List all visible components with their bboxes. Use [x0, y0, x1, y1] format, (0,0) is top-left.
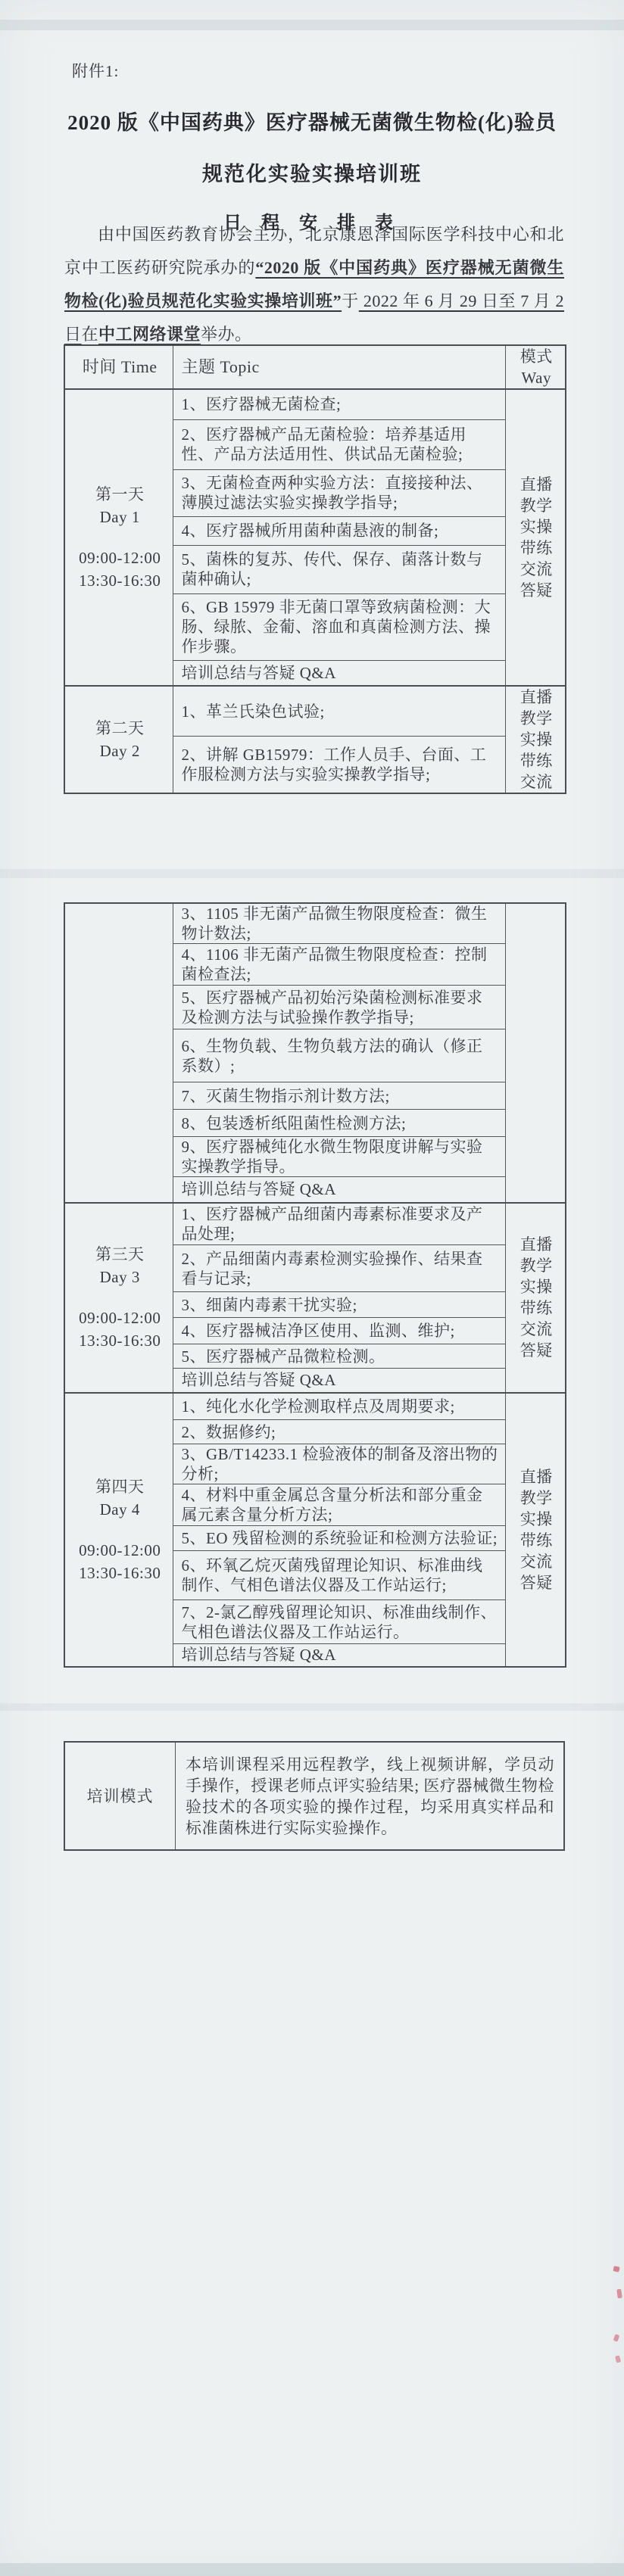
day3-mode-1: 直播: [514, 1234, 560, 1255]
day4-topic-6: 6、环氧乙烷灭菌残留理论知识、标准曲线制作、气相色谱法仪器及工作站运行;: [173, 1551, 505, 1600]
table-row: 第四天 Day 4 09:00-12:00 13:30-16:30 1、纯化水化…: [64, 1393, 566, 1420]
day3-mode-6: 答疑: [514, 1340, 560, 1361]
day4-mode-cell: 直播 教学 实操 带练 交流 答疑: [505, 1393, 566, 1667]
day1-topic-5: 5、菌株的复苏、传代、保存、菌落计数与菌种确认;: [173, 545, 505, 593]
day1-mode-2: 教学: [514, 495, 560, 516]
day4-topic-4: 4、材料中重金属总含量分析法和部分重金属元素含量分析方法;: [173, 1484, 505, 1526]
day4-mode-3: 实操: [514, 1509, 560, 1530]
day4-time-am: 09:00-12:00: [73, 1539, 167, 1562]
day2-time-cell: 第二天 Day 2: [64, 686, 173, 793]
intro-text-4: 举办。: [201, 325, 252, 344]
day4-qa-row: 培训总结与答疑 Q&A: [173, 1644, 505, 1667]
day1-time-am: 09:00-12:00: [73, 547, 167, 569]
day1-topic-3: 3、无菌检查两种实验方法：直接接种法、薄膜过滤法实验实操教学指导;: [173, 469, 505, 516]
day4-time-cell: 第四天 Day 4 09:00-12:00 13:30-16:30: [64, 1393, 173, 1667]
day1-label-cn: 第一天: [73, 483, 167, 506]
day2-label-cn: 第二天: [73, 717, 167, 740]
training-mode-label: 培训模式: [64, 1742, 176, 1850]
day4-topic-7: 7、2-氯乙醇残留理论知识、标准曲线制作、气相色谱法仪器及工作站运行。: [173, 1600, 505, 1644]
day1-mode-5: 交流: [514, 559, 560, 580]
intro-platform-name: 中工网络课堂: [98, 325, 201, 344]
schedule-table-page1: 时间 Time 主题 Topic 模式Way 第一天 Day 1 09:00-1…: [64, 344, 566, 794]
intro-text-2: 于: [342, 291, 359, 310]
header-way-cn: 模式: [514, 346, 560, 367]
day3-topic-3: 3、细菌内毒素干扰实验;: [173, 1292, 505, 1318]
day3-mode-cell: 直播 教学 实操 带练 交流 答疑: [505, 1203, 566, 1393]
day1-time-pm: 13:30-16:30: [73, 569, 167, 592]
day4-time-pm: 13:30-16:30: [73, 1562, 167, 1584]
day1-time-cell: 第一天 Day 1 09:00-12:00 13:30-16:30: [64, 389, 173, 686]
day2-mode-2: 教学: [514, 708, 560, 729]
day4-mode-1: 直播: [514, 1466, 560, 1487]
table-row: 第二天 Day 2 1、革兰氏染色试验; 直播 教学 实操 带练 交流: [64, 686, 566, 737]
day3-time-am: 09:00-12:00: [73, 1307, 167, 1329]
day2-topic-3: 3、1105 非无菌产品微生物限度检查：微生物计数法;: [173, 903, 505, 944]
day2-mode-5: 交流: [514, 771, 560, 793]
day4-topic-1: 1、纯化水化学检测取样点及周期要求;: [173, 1393, 505, 1420]
scan-band-top: [0, 20, 624, 30]
day3-mode-5: 交流: [514, 1319, 560, 1340]
day1-mode-6: 答疑: [514, 580, 560, 601]
day3-time-pm: 13:30-16:30: [73, 1329, 167, 1352]
day3-topic-4: 4、医疗器械洁净区使用、监测、维护;: [173, 1318, 505, 1344]
day2-mode-cell: 直播 教学 实操 带练 交流: [505, 686, 566, 793]
day3-qa-row: 培训总结与答疑 Q&A: [173, 1369, 505, 1393]
day1-mode-cell: 直播 教学 实操 带练 交流 答疑: [505, 389, 566, 686]
day3-mode-2: 教学: [514, 1255, 560, 1276]
scanned-page: 附件1: 2020 版《中国药典》医疗器械无菌微生物检(化)验员 规范化实验实操…: [0, 0, 624, 2576]
header-way: 模式Way: [505, 345, 566, 389]
day4-topic-2: 2、数据修约;: [173, 1420, 505, 1444]
day3-topic-1: 1、医疗器械产品细菌内毒素标准要求及产品处理;: [173, 1203, 505, 1245]
scan-band-bottom: [0, 2563, 624, 2576]
day2-topic-4: 4、1106 非无菌产品微生物限度检查：控制菌检查法;: [173, 944, 505, 986]
day4-topic-3: 3、GB/T14233.1 检验液体的制备及溶出物的分析;: [173, 1444, 505, 1484]
day1-mode-1: 直播: [514, 474, 560, 495]
stamp-bleed-mark: [613, 2266, 619, 2272]
day1-label-en: Day 1: [73, 506, 167, 528]
day4-mode-2: 教学: [514, 1487, 560, 1509]
day2-topic-2: 2、讲解 GB15979：工作人员手、台面、工作服检测方法与实验实操教学指导;: [173, 737, 505, 793]
stamp-bleed-mark: [616, 2289, 622, 2299]
day2-cont-mode-cell: [505, 903, 566, 1203]
day1-topic-6: 6、GB 15979 非无菌口罩等致病菌检测：大肠、绿脓、金葡、溶血和真菌检测方…: [173, 593, 505, 660]
day2-topic-8: 8、包装透析纸阻菌性检测方法;: [173, 1110, 505, 1137]
schedule-table-page2: 3、1105 非无菌产品微生物限度检查：微生物计数法; 4、1106 非无菌产品…: [64, 902, 566, 1668]
day2-topic-1: 1、革兰氏染色试验;: [173, 686, 505, 737]
day4-label-cn: 第四天: [73, 1475, 167, 1498]
spacer: [73, 1521, 167, 1539]
table-header-row: 时间 Time 主题 Topic 模式Way: [64, 345, 566, 389]
header-way-en: Way: [514, 367, 560, 388]
day3-mode-4: 带练: [514, 1297, 560, 1319]
day1-mode-3: 实操: [514, 516, 560, 537]
header-time: 时间 Time: [64, 345, 173, 389]
scan-band-pagebreak-1: [0, 869, 624, 878]
day4-mode-5: 交流: [514, 1551, 560, 1572]
training-mode-box: 培训模式 本培训课程采用远程教学，线上视频讲解，学员动手操作，授课老师点评实验结…: [64, 1741, 565, 1851]
spacer: [73, 528, 167, 547]
day2-topic-7: 7、灭菌生物指示剂计数方法;: [173, 1082, 505, 1110]
day4-mode-4: 带练: [514, 1530, 560, 1551]
day4-topic-5: 5、EO 残留检测的系统验证和检测方法验证;: [173, 1526, 505, 1551]
day2-label-en: Day 2: [73, 740, 167, 762]
intro-paragraph: 由中国医药教育协会主办，北京康恩泽国际医学科技中心和北京中工医药研究院承办的“2…: [64, 218, 564, 351]
spacer: [73, 1288, 167, 1307]
table-row: 第一天 Day 1 09:00-12:00 13:30-16:30 1、医疗器械…: [64, 389, 566, 419]
document-title-line2: 规范化实验实操培训班: [0, 157, 624, 187]
day3-label-en: Day 3: [73, 1266, 167, 1288]
training-mode-text: 本培训课程采用远程教学，线上视频讲解，学员动手操作，授课老师点评实验结果; 医疗…: [176, 1742, 565, 1850]
stamp-bleed-mark: [613, 2334, 620, 2342]
scan-band-pagebreak-2: [0, 1703, 624, 1711]
day2-qa-row: 培训总结与答疑 Q&A: [173, 1177, 505, 1203]
day2-mode-3: 实操: [514, 729, 560, 750]
table-row: 培训模式 本培训课程采用远程教学，线上视频讲解，学员动手操作，授课老师点评实验结…: [64, 1742, 564, 1850]
stamp-bleed-mark: [615, 2355, 621, 2363]
day4-mode-6: 答疑: [514, 1572, 560, 1593]
day2-mode-4: 带练: [514, 750, 560, 771]
intro-text-3: 在: [82, 325, 99, 344]
day2-topic-9: 9、医疗器械纯化水微生物限度讲解与实验实操教学指导。: [173, 1137, 505, 1177]
header-topic: 主题 Topic: [173, 345, 505, 389]
day1-topic-2: 2、医疗器械产品无菌检验：培养基适用性、产品方法适用性、供试品无菌检验;: [173, 419, 505, 469]
attachment-label: 附件1:: [72, 59, 119, 82]
document-title-line1: 2020 版《中国药典》医疗器械无菌微生物检(化)验员: [0, 106, 624, 135]
table-row: 3、1105 非无菌产品微生物限度检查：微生物计数法;: [64, 903, 566, 944]
day3-topic-5: 5、医疗器械产品微粒检测。: [173, 1344, 505, 1369]
day3-mode-3: 实操: [514, 1276, 560, 1297]
day1-topic-4: 4、医疗器械所用菌种菌悬液的制备;: [173, 516, 505, 545]
day1-topic-1: 1、医疗器械无菌检查;: [173, 389, 505, 419]
day2-topic-6: 6、生物负载、生物负载方法的确认（修正系数）;: [173, 1029, 505, 1082]
day2-mode-1: 直播: [514, 687, 560, 708]
day2-topic-5: 5、医疗器械产品初始污染菌检测标准要求及检测方法与试验操作教学指导;: [173, 986, 505, 1029]
day1-mode-4: 带练: [514, 537, 560, 559]
day1-qa-row: 培训总结与答疑 Q&A: [173, 660, 505, 686]
day2-cont-time-cell: [64, 903, 173, 1203]
table-row: 第三天 Day 3 09:00-12:00 13:30-16:30 1、医疗器械…: [64, 1203, 566, 1245]
day3-time-cell: 第三天 Day 3 09:00-12:00 13:30-16:30: [64, 1203, 173, 1393]
day4-label-en: Day 4: [73, 1498, 167, 1521]
day3-topic-2: 2、产品细菌内毒素检测实验操作、结果查看与记录;: [173, 1245, 505, 1292]
day3-label-cn: 第三天: [73, 1243, 167, 1266]
